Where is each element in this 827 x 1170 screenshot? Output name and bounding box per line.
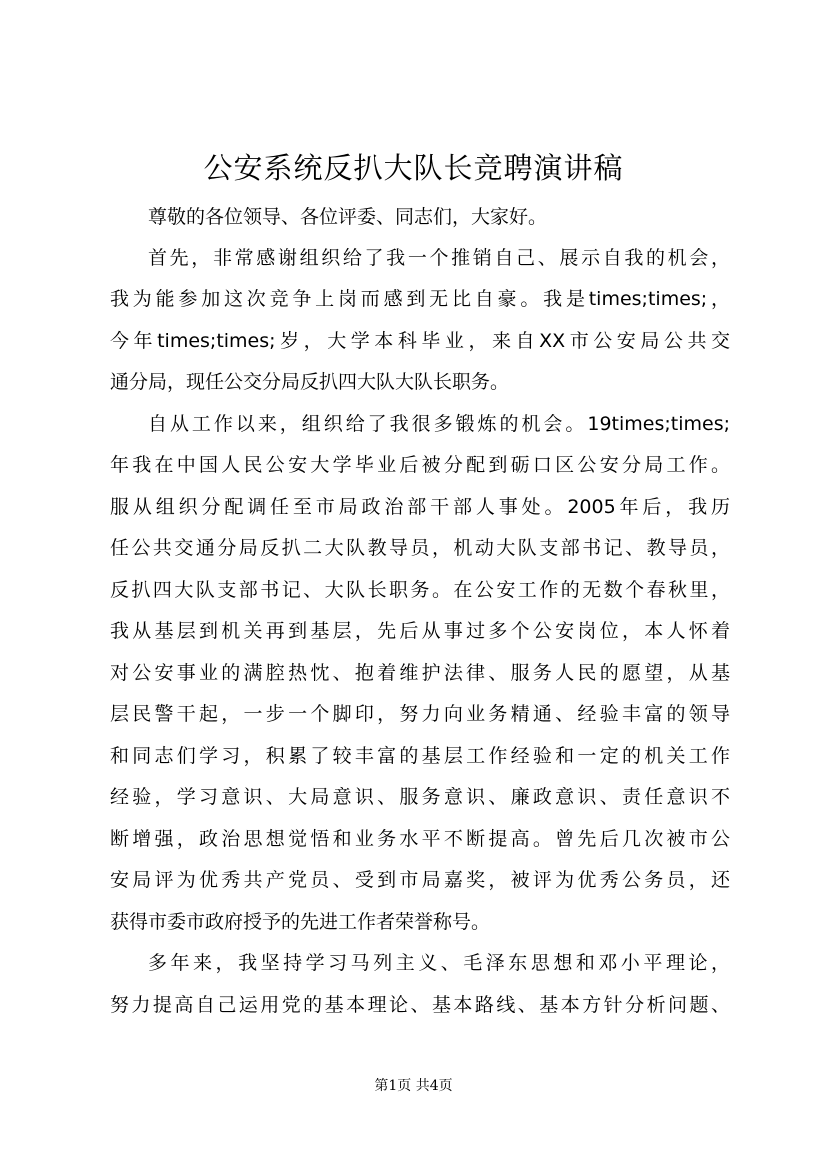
page-indicator: 第1页 共4页 xyxy=(0,1076,827,1096)
document-title: 公安系统反扒大队长竞聘演讲稿 xyxy=(0,148,827,188)
paragraph-line: 努力提高自己运用党的基本理论、基本路线、基本方针分析问题、 xyxy=(110,991,730,1019)
paragraph-line: 年我在中国人民公安大学毕业后被分配到砺口区公安分局工作。 xyxy=(110,451,730,479)
paragraph-line: 多年来，我坚持学习马列主义、毛泽东思想和邓小平理论， xyxy=(148,949,730,977)
greeting-line: 尊敬的各位领导、各位评委、同志们，大家好。 xyxy=(148,203,730,231)
paragraph-line: 服从组织分配调任至市局政治部干部人事处。2005年后，我历 xyxy=(110,493,730,521)
paragraph-line: 任公共交通分局反扒二大队教导员，机动大队支部书记、教导员， xyxy=(110,534,730,562)
paragraph-line: 通分局，现任公交分局反扒四大队大队长职务。 xyxy=(110,368,730,396)
paragraph-line: 自从工作以来，组织给了我很多锻炼的机会。19times;times; xyxy=(148,410,730,438)
paragraph-line: 断增强，政治思想觉悟和业务水平不断提高。曾先后几次被市公 xyxy=(110,825,730,853)
paragraph-line: 获得市委市政府授予的先进工作者荣誉称号。 xyxy=(110,908,730,936)
paragraph-line: 经验，学习意识、大局意识、服务意识、廉政意识、责任意识不 xyxy=(110,783,730,811)
paragraph-line: 首先，非常感谢组织给了我一个推销自己、展示自我的机会， xyxy=(148,244,730,272)
paragraph-line: 今年times;times;岁，大学本科毕业，来自XX市公安局公共交 xyxy=(110,327,730,355)
paragraph-line: 我为能参加这次竞争上岗而感到无比自豪。我是times;times;， xyxy=(110,285,730,313)
paragraph-line: 对公安事业的满腔热忱、抱着维护法律、服务人民的愿望，从基 xyxy=(110,659,730,687)
paragraph-line: 层民警干起，一步一个脚印，努力向业务精通、经验丰富的领导 xyxy=(110,700,730,728)
paragraph-line: 安局评为优秀共产党员、受到市局嘉奖，被评为优秀公务员，还 xyxy=(110,866,730,894)
paragraph-line: 反扒四大队支部书记、大队长职务。在公安工作的无数个春秋里， xyxy=(110,576,730,604)
document-page: 公安系统反扒大队长竞聘演讲稿 尊敬的各位领导、各位评委、同志们，大家好。 首先，… xyxy=(0,0,827,1170)
paragraph-line: 和同志们学习，积累了较丰富的基层工作经验和一定的机关工作 xyxy=(110,742,730,770)
paragraph-line: 我从基层到机关再到基层，先后从事过多个公安岗位，本人怀着 xyxy=(110,617,730,645)
